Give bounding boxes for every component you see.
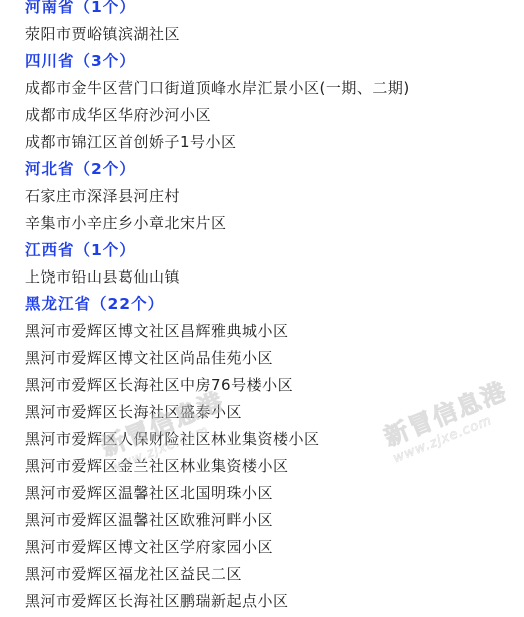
risk-area-list: 河南省（1个） 荥阳市贾峪镇滨湖社区 四川省（3个） 成都市金牛区营门口街道顶峰… bbox=[25, 0, 520, 615]
province-heading-sichuan: 四川省（3个） bbox=[25, 48, 520, 75]
list-item: 黑河市爱辉区温馨社区欧雅河畔小区 bbox=[25, 507, 520, 534]
list-item: 辛集市小辛庄乡小章北宋片区 bbox=[25, 210, 520, 237]
list-item: 成都市锦江区首创娇子1号小区 bbox=[25, 129, 520, 156]
province-heading-henan: 河南省（1个） bbox=[25, 0, 520, 21]
list-item: 成都市金牛区营门口街道顶峰水岸汇景小区(一期、二期) bbox=[25, 75, 520, 102]
list-item: 黑河市爱辉区福龙社区益民二区 bbox=[25, 561, 520, 588]
list-item: 黑河市爱辉区温馨社区北国明珠小区 bbox=[25, 480, 520, 507]
list-item: 黑河市爱辉区博文社区尚品佳苑小区 bbox=[25, 345, 520, 372]
list-item: 荥阳市贾峪镇滨湖社区 bbox=[25, 21, 520, 48]
list-item: 成都市成华区华府沙河小区 bbox=[25, 102, 520, 129]
list-item: 黑河市爱辉区长海社区盛泰小区 bbox=[25, 399, 520, 426]
list-item: 黑河市爱辉区长海社区鹏瑞新起点小区 bbox=[25, 588, 520, 615]
province-heading-hebei: 河北省（2个） bbox=[25, 156, 520, 183]
province-heading-heilongjiang: 黑龙江省（22个） bbox=[25, 291, 520, 318]
list-item: 黑河市爱辉区人保财险社区林业集资楼小区 bbox=[25, 426, 520, 453]
list-item: 黑河市爱辉区长海社区中房76号楼小区 bbox=[25, 372, 520, 399]
list-item: 黑河市爱辉区博文社区学府家园小区 bbox=[25, 534, 520, 561]
list-item: 黑河市爱辉区博文社区昌辉雅典城小区 bbox=[25, 318, 520, 345]
province-heading-jiangxi: 江西省（1个） bbox=[25, 237, 520, 264]
list-item: 上饶市铅山县葛仙山镇 bbox=[25, 264, 520, 291]
list-item: 石家庄市深泽县河庄村 bbox=[25, 183, 520, 210]
list-item: 黑河市爱辉区金兰社区林业集资楼小区 bbox=[25, 453, 520, 480]
